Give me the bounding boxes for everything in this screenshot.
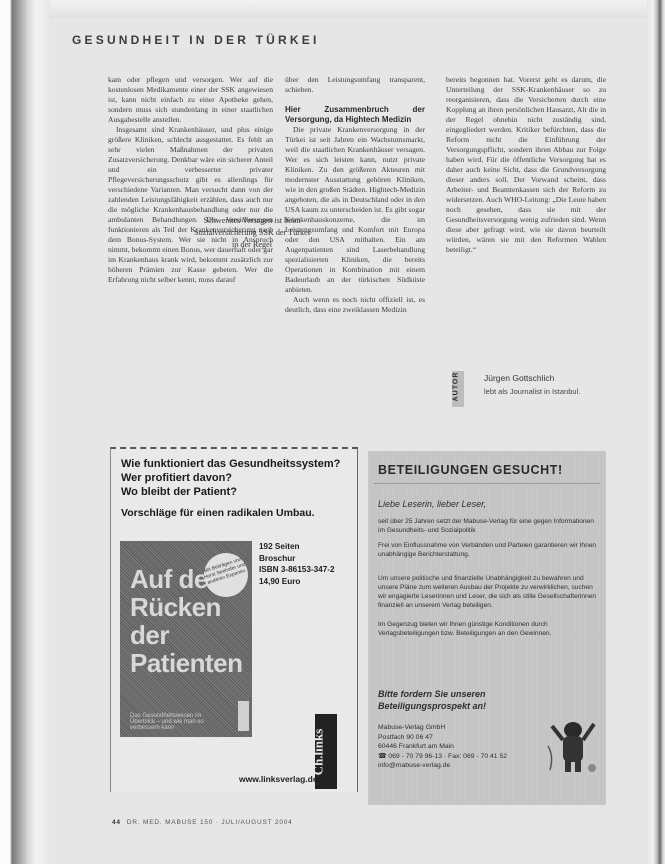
- book-pages: 192 Seiten: [259, 541, 335, 553]
- divider: [374, 483, 600, 484]
- pull-quote: Schwerstes Versagen ist beim Sozialversi…: [192, 215, 312, 251]
- paragraph: Auch wenn es noch nicht offiziell ist, e…: [285, 295, 425, 315]
- publication-line: DR. MED. MABUSE 150 · JULI/AUGUST 2004: [127, 819, 293, 826]
- book-facts: 192 Seiten Broschur ISBN 3-86153-347-2 1…: [259, 541, 335, 587]
- book-spine-shadow: [0, 0, 50, 864]
- author-tag: AUTOR: [452, 371, 464, 407]
- paragraph: Insgesamt sind Krankenhäuser, und plus e…: [108, 125, 273, 285]
- running-head: GESUNDHEIT IN DER TÜRKEI: [72, 33, 319, 47]
- book-cover-image: Auf dem Rücken der Patienten Mit Beiträg…: [120, 541, 252, 737]
- page-top-edge: [50, 0, 650, 18]
- publisher-logo-text: Ch.links: [310, 729, 326, 776]
- ad-address: Mabuse-Verlag GmbH Postfach 90 06 47 604…: [378, 723, 507, 771]
- address-pobox: Postfach 90 06 47: [378, 733, 507, 743]
- address-email: info@mabuse-verlag.de: [378, 761, 507, 771]
- ad-title: BETEILIGUNGEN GESUCHT!: [378, 463, 563, 477]
- book-advertisement: Wie funktioniert das Gesundheitssystem? …: [110, 447, 358, 792]
- ad-paragraph: Um unsere politische und finanzielle Una…: [378, 574, 600, 610]
- publisher-logo: Ch.links: [315, 714, 337, 789]
- section-subheading: Hier Zusammenbruch der Versorgung, da Hi…: [285, 105, 425, 125]
- author-tag-label: AUTOR: [452, 372, 459, 402]
- ad-greeting: Liebe Leserin, lieber Leser,: [378, 499, 486, 509]
- ad-paragraph: Frei von Einflussnahme von Verbänden und…: [378, 541, 600, 559]
- ad-subline: Vorschläge für einen radikalen Umbau.: [121, 507, 315, 519]
- ad-questions: Wie funktioniert das Gesundheitssystem? …: [121, 457, 340, 499]
- book-price: 14,90 Euro: [259, 576, 335, 588]
- book-binding: Broschur: [259, 553, 335, 565]
- ad-call-to-action: Bitte fordern Sie unseren Beteiligungspr…: [378, 688, 558, 712]
- article-column-1: kam oder pflegen und versorgen. Wer auf …: [108, 75, 273, 285]
- ad-paragraph: Im Gegenzug bieten wir Ihnen günstige Ko…: [378, 620, 600, 638]
- page-footer: 44DR. MED. MABUSE 150 · JULI/AUGUST 2004: [112, 819, 293, 826]
- address-city: 60446 Frankfurt am Main: [378, 742, 507, 752]
- author-name: Jürgen Gottschlich: [484, 373, 554, 383]
- article-column-3: bereits begonnen hat. Vorerst geht es da…: [446, 75, 606, 255]
- page-right-edge: [647, 0, 665, 864]
- author-description: lebt als Journalist in Istanbul.: [484, 387, 580, 396]
- book-subtitle: Das Gesundheitswesen im Überblick – und …: [130, 713, 220, 731]
- author-box: AUTOR Jürgen Gottschlich lebt als Journa…: [452, 371, 622, 411]
- investment-advertisement: BETEILIGUNGEN GESUCHT! Liebe Leserin, li…: [368, 451, 606, 805]
- page-number: 44: [112, 819, 121, 826]
- ad-question: Wer profitiert davon?: [121, 471, 340, 485]
- paragraph: über den Leistungsumfang transparent, sc…: [285, 75, 425, 95]
- ad-question: Wie funktioniert das Gesundheitssystem?: [121, 457, 340, 471]
- book-publisher-mark: [238, 701, 249, 731]
- paragraph: bereits begonnen hat. Vorerst geht es da…: [446, 75, 606, 255]
- paragraph: kam oder pflegen und versorgen. Wer auf …: [108, 75, 273, 125]
- paragraph: Die private Krankenversorgung in der Tür…: [285, 125, 425, 295]
- mascot-illustration-icon: [546, 716, 600, 776]
- publisher-url: www.linksverlag.de: [239, 774, 318, 784]
- address-company: Mabuse-Verlag GmbH: [378, 723, 507, 733]
- address-phone: ☎ 069 - 70 79 96-13 · Fax: 069 - 70 41 5…: [378, 752, 507, 762]
- article-column-2: über den Leistungsumfang transparent, sc…: [285, 75, 425, 315]
- book-isbn: ISBN 3-86153-347-2: [259, 564, 335, 576]
- ad-question: Wo bleibt der Patient?: [121, 485, 340, 499]
- ad-paragraph: seit über 25 Jahren setzt der Mabuse-Ver…: [378, 517, 600, 535]
